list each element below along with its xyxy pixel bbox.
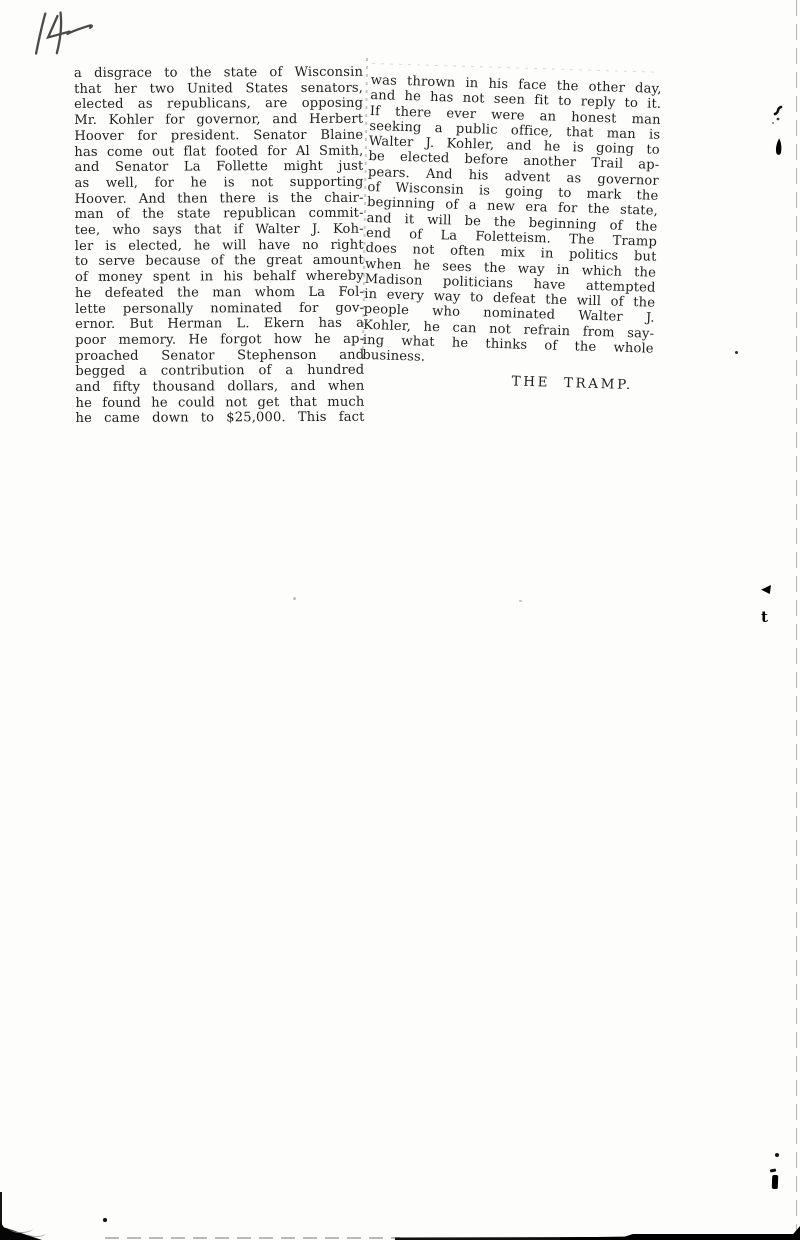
article-line: Mr. Kohler for governor, and Herbert <box>74 112 363 129</box>
ink-squiggle-mark <box>769 104 786 126</box>
article-line: man of the state republican commit- <box>75 206 364 223</box>
article-line: that her two United States senators, <box>74 80 363 97</box>
corner-crease-mark <box>27 1229 46 1237</box>
article-line: proached Senator Stephenson and <box>75 347 364 364</box>
article-line: he found he could not get that much <box>75 395 364 412</box>
article-right-lines: was thrown in his face the other day,and… <box>363 73 662 357</box>
article-line: of money spent in his behalf whereby <box>75 269 364 286</box>
article-line: poor memory. He forgot how he ap- <box>75 332 364 349</box>
article-line: he defeated the man whom La Fol- <box>75 285 364 302</box>
article-line: and Senator La Follette might just <box>74 159 363 176</box>
article-line: Hoover for president. Senator Blaine <box>74 128 363 145</box>
ink-dash-bottom-right <box>770 1168 776 1172</box>
article-line: he came down to $25,000. This fact <box>76 410 365 427</box>
article-line: tee, who says that if Walter J. Koh- <box>75 222 364 239</box>
article-line: to serve because of the great amount <box>75 253 364 270</box>
ink-tee-mark: t <box>761 610 768 625</box>
ink-dot-right-of-signature <box>735 351 738 354</box>
clipping-top-edge <box>372 63 660 73</box>
handwriting-14-strokes <box>26 6 99 59</box>
article-signature: THE TRAMP. <box>361 370 652 394</box>
handwritten-page-number <box>26 6 99 59</box>
article-line: elected as republicans, are opposing <box>74 96 363 113</box>
article-line: as well, for he is not supporting <box>74 175 363 192</box>
article-line: lette personally nominated for gov- <box>75 300 364 317</box>
ink-blob-bottom-right <box>772 1175 778 1189</box>
ink-wedge-mark <box>761 585 771 594</box>
article-left-column: a disgrace to the state of Wisconsinthat… <box>74 65 365 427</box>
article-line: and fifty thousand dollars, and when <box>75 379 364 396</box>
article-line: ernor. But Herman L. Ekern has a <box>75 316 364 333</box>
paper-speck <box>519 600 522 602</box>
page-bottom-faint-edge <box>105 1237 400 1239</box>
article-line: begged a contribution of a hundred <box>75 363 364 380</box>
ink-dot-bottom-right <box>775 1153 779 1157</box>
article-line: ler is elected, he will have no right <box>75 237 364 254</box>
article-line: a disgrace to the state of Wisconsin <box>74 65 363 82</box>
article-line: Hoover. And then there is the chair- <box>75 190 364 207</box>
scanned-document-page: a disgrace to the state of Wisconsinthat… <box>0 0 800 1240</box>
article-line: has come out flat footed for Al Smith, <box>74 143 363 160</box>
paper-speck <box>293 597 296 600</box>
ink-blob-mark <box>775 138 783 157</box>
page-right-edge-line <box>796 0 798 1240</box>
article-right-column: was thrown in his face the other day,and… <box>361 73 661 394</box>
ink-dot-bottom-left <box>103 1218 107 1222</box>
